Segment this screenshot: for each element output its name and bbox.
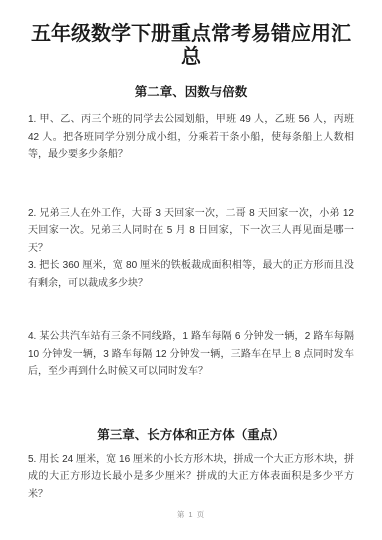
- document-title: 五年级数学下册重点常考易错应用汇总: [28, 23, 354, 69]
- problem-3: 3. 把长 360 厘米，宽 80 厘米的铁板裁成面积相等，最大的正方形而且没有…: [28, 257, 354, 292]
- section-factors-multiples: 第二章、因数与倍数 1. 甲、乙、丙三个班的同学去公园划船，甲班 49 人，乙班…: [28, 85, 354, 381]
- section-cuboid-cube: 第三章、长方体和正方体（重点） 5. 用长 24 厘米，宽 16 厘米的小长方形…: [28, 428, 354, 504]
- problem-4: 4. 某公共汽车站有三条不同线路，1 路车每隔 6 分钟发一辆，2 路车每隔 1…: [28, 328, 354, 381]
- page-number: 第 1 页: [0, 509, 382, 520]
- problem-1: 1. 甲、乙、丙三个班的同学去公园划船，甲班 49 人，乙班 56 人，丙班 4…: [28, 111, 354, 164]
- section-header-chapter2: 第二章、因数与倍数: [28, 85, 354, 100]
- worksheet-page: 五年级数学下册重点常考易错应用汇总 第二章、因数与倍数 1. 甲、乙、丙三个班的…: [0, 0, 382, 540]
- section-header-chapter3: 第三章、长方体和正方体（重点）: [28, 428, 354, 443]
- problem-5: 5. 用长 24 厘米，宽 16 厘米的小长方形木块，拼成一个大正方形木块，拼成…: [28, 451, 354, 504]
- problem-2: 2. 兄弟三人在外工作，大哥 3 天回家一次，二哥 8 天回家一次，小弟 12 …: [28, 205, 354, 258]
